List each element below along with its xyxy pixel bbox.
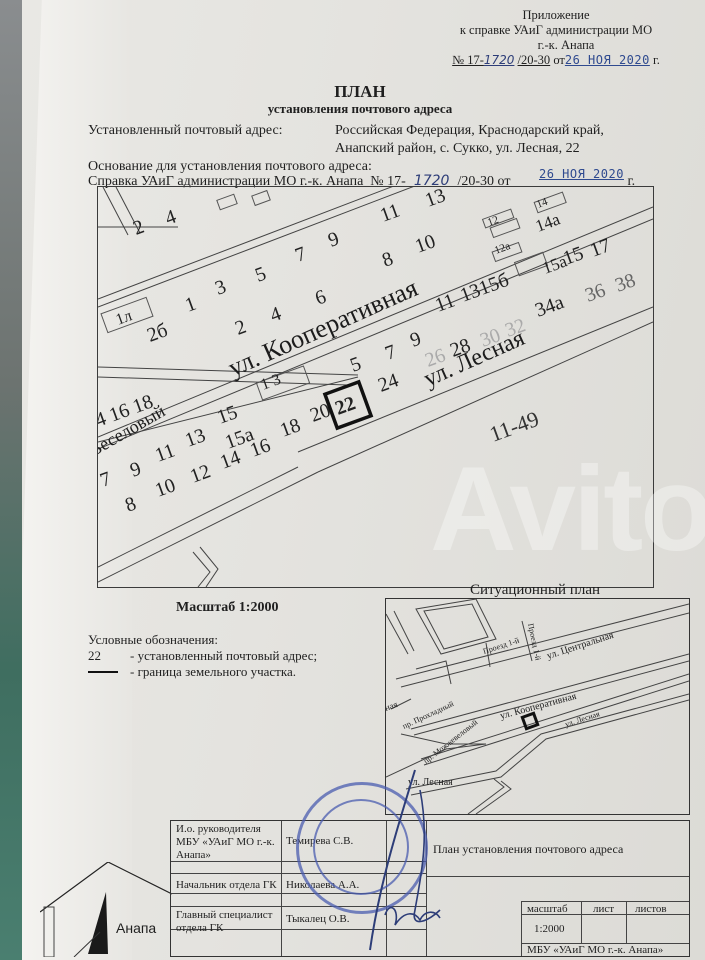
svg-text:11: 11 — [377, 199, 403, 226]
svg-text:9: 9 — [407, 328, 424, 352]
svg-text:12а: 12а — [493, 240, 512, 257]
appendix-number-suffix: /20-30 — [518, 53, 551, 67]
svg-text:6: 6 — [312, 286, 329, 310]
address-label: Установленный почтовый адрес: — [88, 123, 283, 139]
signer-name-3: Тыкалец О.В. — [286, 913, 350, 926]
map-scale: Масштаб 1:2000 — [176, 600, 278, 616]
svg-text:7: 7 — [292, 243, 309, 267]
doc-title-cell: План установления почтового адреса — [433, 843, 623, 856]
address-line2: Анапский район, с. Сукко, ул. Лесная, 22 — [335, 141, 580, 157]
appendix-number-handwritten: 1720 — [484, 53, 515, 67]
svg-text:пр. Можжевеловый: пр. Можжевеловый — [422, 717, 480, 765]
appendix-date-prefix: от — [553, 53, 565, 67]
svg-text:2б: 2б — [144, 319, 170, 347]
appendix-line3: г.-к. Анапа — [436, 38, 676, 53]
appendix-header: Приложение к справке УАиГ администрации … — [436, 8, 676, 68]
svg-text:15: 15 — [214, 401, 240, 429]
basis-date-stamp: 26 НОЯ 2020 — [514, 167, 624, 181]
svg-text:2: 2 — [232, 316, 249, 340]
signer-position-3: Главный специалист отдела ГК — [176, 909, 280, 935]
svg-text:13: 13 — [422, 187, 448, 212]
svg-text:5: 5 — [347, 353, 364, 377]
svg-text:11: 11 — [152, 439, 178, 466]
legend-item-boundary: - граница земельного участка. — [88, 664, 317, 680]
svg-text:11: 11 — [432, 289, 458, 316]
svg-text:13: 13 — [182, 424, 208, 452]
sheet-header: лист — [593, 903, 614, 916]
svg-text:14а: 14а — [533, 209, 563, 235]
organization-name: МБУ «УАиГ МО г.-к. Анапа» — [527, 944, 663, 957]
svg-text:38: 38 — [612, 269, 638, 297]
svg-text:8: 8 — [122, 493, 139, 517]
svg-text:4: 4 — [267, 303, 284, 327]
svg-text:1315б: 1315б — [457, 269, 512, 307]
svg-text:4: 4 — [162, 206, 179, 230]
svg-text:2: 2 — [130, 216, 147, 240]
svg-text:8: 8 — [379, 248, 396, 272]
page-subtitle: установления почтового адреса — [80, 101, 640, 117]
scale-value: 1:2000 — [534, 923, 565, 936]
appendix-line1: Приложение — [436, 8, 676, 23]
scale-header: масштаб — [527, 903, 568, 916]
appendix-date-suffix: г. — [653, 53, 660, 67]
signer-position-1: И.о. руководителя МБУ «УАиГ МО г.-к. Ана… — [176, 823, 280, 862]
svg-text:ная: ная — [386, 699, 399, 713]
sheets-header: листов — [635, 903, 667, 916]
legend-item-address: 22 - установленный почтовый адрес; — [88, 648, 317, 664]
svg-text:Проезд 1-й: Проезд 1-й — [482, 636, 521, 656]
svg-text:9: 9 — [325, 228, 342, 252]
appendix-line2: к справке УАиГ администрации МО — [436, 23, 676, 38]
svg-text:10: 10 — [412, 230, 438, 258]
legend-key-address: 22 — [88, 648, 130, 664]
svg-text:36: 36 — [582, 279, 608, 307]
svg-text:18: 18 — [277, 414, 303, 442]
svg-text:17: 17 — [587, 234, 613, 262]
boundary-line-icon — [88, 671, 118, 673]
legend-text-boundary: - граница земельного участка. — [130, 664, 296, 680]
anapa-logo: Анапа — [40, 862, 172, 957]
svg-text:5: 5 — [252, 263, 269, 287]
logo-graphic — [40, 862, 172, 957]
svg-text:24: 24 — [375, 369, 401, 397]
svg-text:ул. Центральная: ул. Центральная — [546, 630, 616, 662]
signature-strokes — [360, 760, 450, 960]
svg-text:22: 22 — [332, 392, 358, 420]
svg-text:ул. Кооперативная: ул. Кооперативная — [499, 691, 578, 722]
appendix-date-stamp: 26 НОЯ 2020 — [565, 53, 650, 67]
svg-text:34а: 34а — [532, 291, 567, 322]
situation-plan-title: Ситуационный план — [470, 582, 600, 599]
svg-text:7: 7 — [98, 468, 114, 492]
svg-text:10: 10 — [152, 474, 178, 502]
avito-watermark: Avito — [430, 440, 705, 578]
svg-text:3: 3 — [212, 276, 229, 300]
appendix-reference: № 17-1720 /20-30 от26 НОЯ 2020 г. — [436, 53, 676, 68]
appendix-number-prefix: № 17- — [452, 53, 484, 67]
svg-text:9: 9 — [127, 458, 144, 482]
svg-text:12: 12 — [187, 460, 213, 488]
legend-text-address: - установленный почтовый адрес; — [130, 648, 317, 664]
legend: Условные обозначения: 22 - установленный… — [88, 632, 317, 680]
svg-text:1: 1 — [182, 293, 199, 317]
legend-title: Условные обозначения: — [88, 632, 317, 648]
address-line1: Российская Федерация, Краснодарский край… — [335, 123, 604, 139]
signer-position-2: Начальник отдела ГК — [176, 879, 277, 892]
page-title: ПЛАН — [80, 82, 640, 102]
logo-text: Анапа — [116, 920, 156, 936]
svg-text:7: 7 — [382, 341, 399, 365]
svg-text:1л: 1л — [114, 307, 135, 328]
